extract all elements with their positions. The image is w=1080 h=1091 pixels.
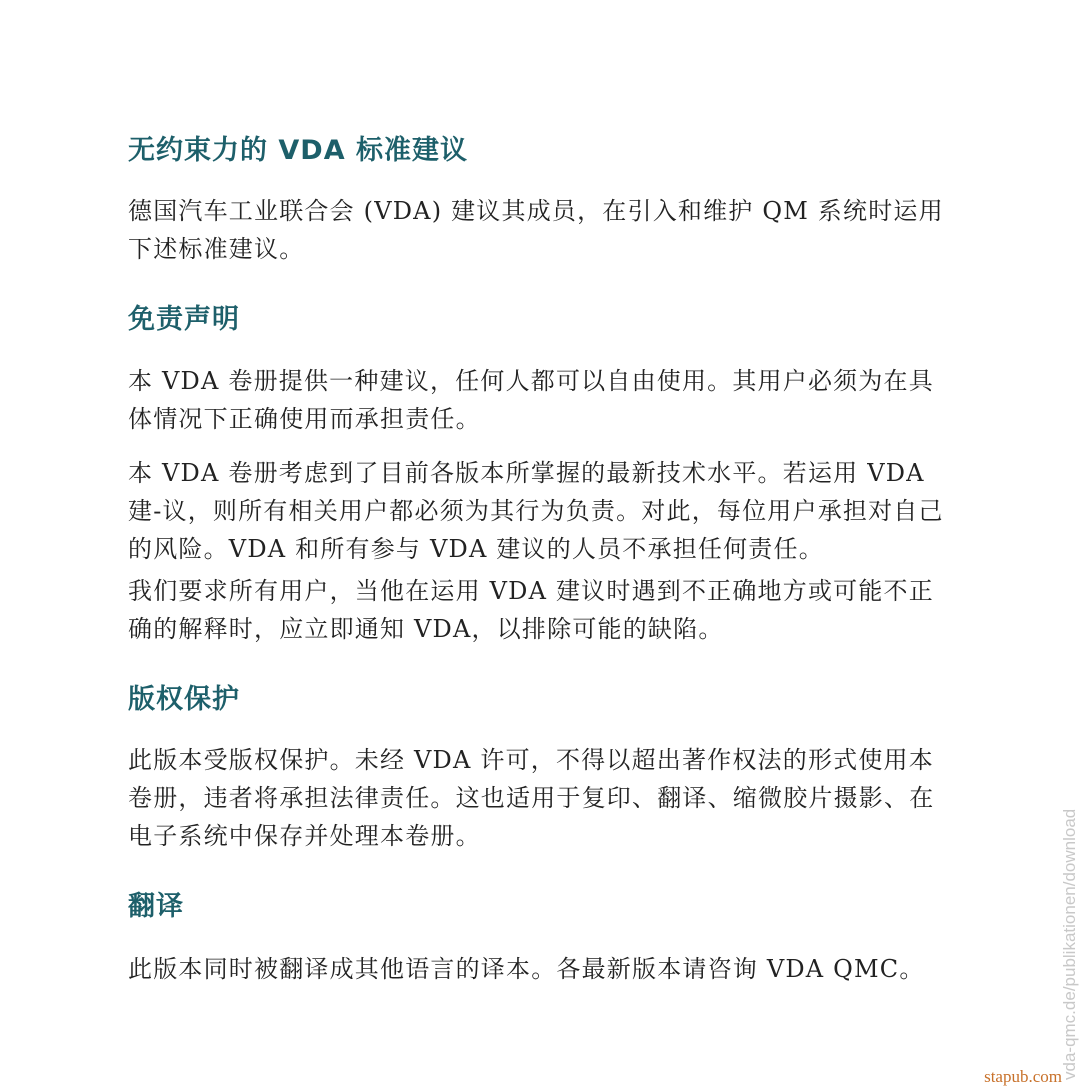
paragraph-translation: 此版本同时被翻译成其他语言的译本。各最新版本请咨询 VDA QMC。 [128, 950, 953, 988]
paragraph-vda-recommendation: 德国汽车工业联合会 (VDA) 建议其成员，在引入和维护 QM 系统时运用下述标… [128, 192, 953, 268]
paragraph-disclaimer-1: 本 VDA 卷册提供一种建议，任何人都可以自由使用。其用户必须为在具体情况下正确… [128, 362, 953, 438]
heading-disclaimer: 免责声明 [128, 297, 240, 336]
heading-translation: 翻译 [128, 884, 184, 923]
brand-watermark: stapub.com [984, 1067, 1062, 1087]
paragraph-disclaimer-3: 我们要求所有用户，当他在运用 VDA 建议时遇到不正确地方或可能不正确的解释时，… [128, 572, 953, 648]
paragraph-disclaimer-2: 本 VDA 卷册考虑到了目前各版本所掌握的最新技术水平。若运用 VDA 建-议，… [128, 454, 953, 568]
heading-copyright: 版权保护 [128, 677, 240, 716]
heading-non-binding-recommendation: 无约束力的 VDA 标准建议 [128, 128, 468, 167]
paragraph-copyright: 此版本受版权保护。未经 VDA 许可，不得以超出著作权法的形式使用本卷册，违者将… [128, 741, 953, 855]
side-watermark-url: vda-qmc.de/publikationen/download [1060, 809, 1080, 1080]
